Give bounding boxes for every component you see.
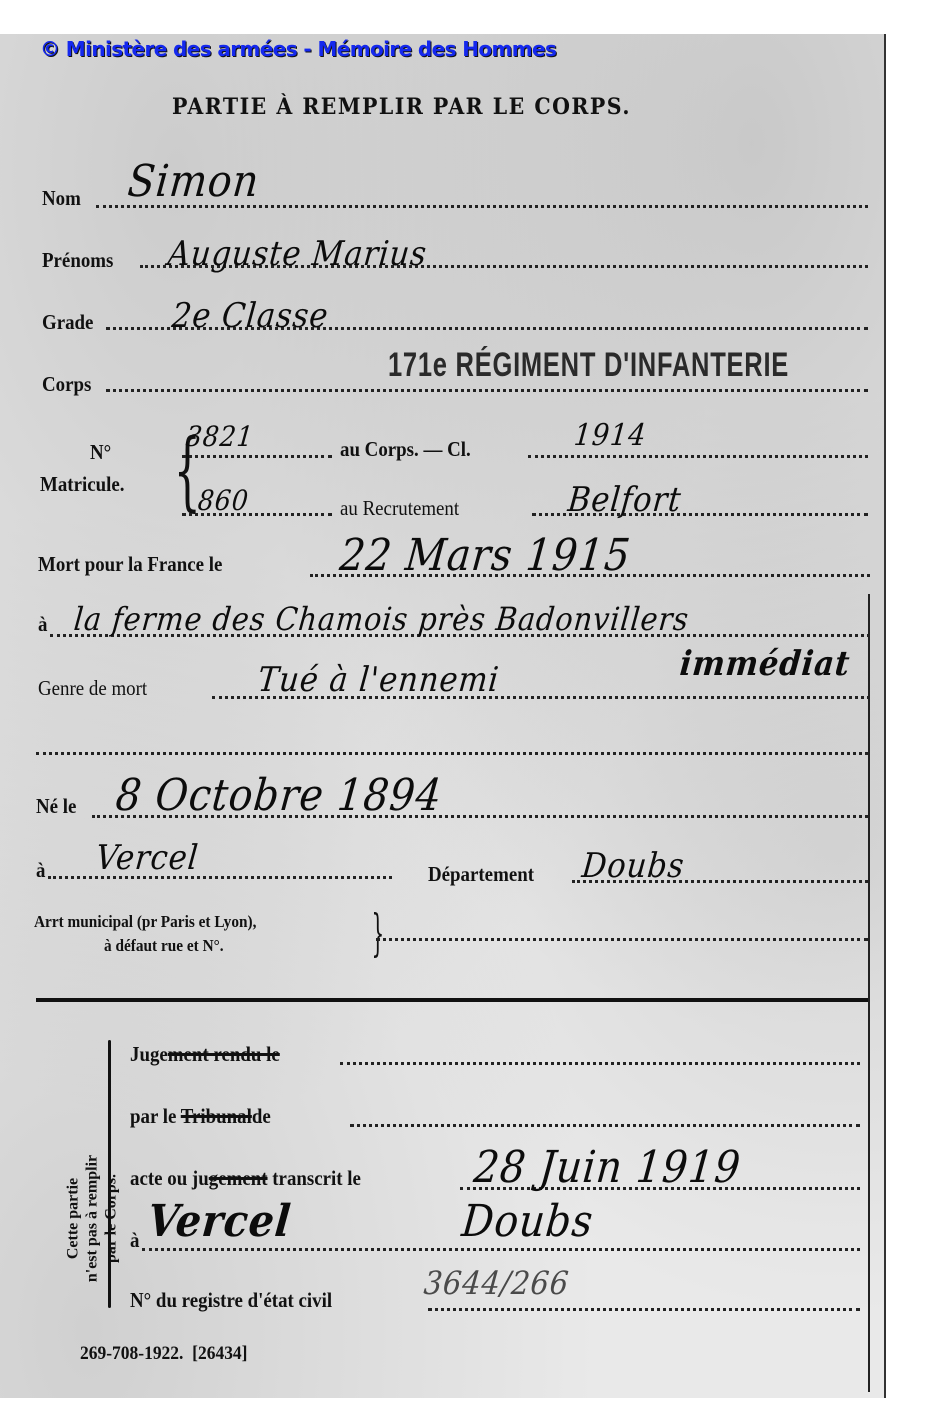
tribunal-label-kept: par le [130, 1104, 176, 1128]
label-departement: Département [428, 862, 534, 887]
side-note-line-1: Cette partie [64, 1099, 83, 1339]
line-corps [106, 389, 868, 392]
side-note: Cette partie n'est pas à remplir par le … [64, 1099, 121, 1339]
label-matricule: Matricule. [40, 472, 124, 497]
label-nom: Nom [42, 186, 81, 211]
section-divider [36, 998, 868, 1002]
value-classe: 1914 [572, 418, 648, 453]
value-nom: Simon [126, 156, 262, 207]
value-naissance-date: 8 Octobre 1894 [114, 770, 445, 821]
label-genre-mort: Genre de mort [38, 676, 147, 701]
transcrit-label-struck: gement [209, 1166, 268, 1190]
value-registre: 3644/266 [422, 1264, 571, 1302]
line-tribunal [350, 1124, 860, 1127]
label-no: N° [90, 440, 111, 465]
jugement-label-kept: Juge [130, 1042, 168, 1066]
value-genre-mort: Tué à l'ennemi [256, 660, 501, 700]
tribunal-label-end: de [252, 1104, 271, 1128]
value-transcrit: 28 Juin 1919 [472, 1142, 744, 1193]
label-corps: Corps [42, 372, 91, 397]
label-grade: Grade [42, 310, 93, 335]
value-mort-date: 22 Mars 1915 [338, 530, 633, 581]
print-ref: 269-708-1922. [80, 1343, 183, 1364]
label-mort-lieu: à [38, 612, 47, 637]
label-tribunal: par le Tribunalde [130, 1104, 271, 1129]
label-transcrit: acte ou jugement transcrit le [130, 1166, 361, 1191]
line-genre-mort-extra [36, 752, 868, 755]
side-note-line-3: par le Corps. [102, 1099, 121, 1339]
page-title: PARTIE À REMPLIR PAR LE CORPS. [172, 94, 631, 120]
value-matricule-recrutement: 860 [196, 484, 250, 517]
label-jugement: Jugement rendu le [130, 1042, 280, 1067]
label-au-recrutement: au Recrutement [340, 496, 459, 521]
line-civil-lieu [142, 1248, 860, 1251]
label-mort-date: Mort pour la France le [38, 552, 222, 577]
label-naissance-lieu: à [36, 858, 45, 883]
label-naissance-date: Né le [36, 794, 76, 819]
transcrit-label-end: transcrit le [272, 1166, 361, 1190]
line-arrondissement [376, 938, 868, 941]
label-arrondissement-1: Arrt municipal (pr Paris et Lyon), [34, 912, 256, 932]
value-matricule-corps: 3821 [184, 420, 255, 453]
value-prenoms: Auguste Marius [166, 234, 429, 274]
transcrit-label-start: acte ou ju [130, 1166, 209, 1190]
value-departement: Doubs [580, 846, 686, 886]
value-grade: 2e Classe [170, 296, 330, 336]
value-mort-lieu: la ferme des Chamois près Badonvillers [72, 600, 691, 638]
label-prenoms: Prénoms [42, 248, 113, 273]
label-registre: N° du registre d'état civil [130, 1288, 332, 1313]
value-naissance-lieu: Vercel [94, 838, 200, 878]
label-au-corps: au Corps. — Cl. [340, 437, 471, 462]
line-jugement [340, 1062, 860, 1065]
label-arrondissement-2: à défaut rue et N°. [104, 936, 224, 956]
value-recrutement-lieu: Belfort [566, 480, 683, 520]
print-code: [26434] [192, 1343, 247, 1364]
line-registre [428, 1308, 860, 1311]
value-civil-departement: Doubs [460, 1196, 596, 1247]
annotation-genre-mort: immédiat [678, 644, 852, 684]
jugement-label-struck: ment rendu le [168, 1042, 280, 1066]
label-civil-lieu: à [130, 1228, 139, 1253]
civil-section-brace [108, 1040, 111, 1308]
death-record-card [0, 34, 886, 1398]
regiment-stamp: 171e RÉGIMENT D'INFANTERIE [388, 346, 789, 385]
print-reference: 269-708-1922. [26434] [80, 1343, 247, 1365]
arrondissement-brace: } [372, 908, 385, 958]
line-matricule-corps [182, 455, 332, 458]
tribunal-label-struck: Tribunal [181, 1104, 252, 1128]
side-note-line-2: n'est pas à remplir [83, 1099, 102, 1339]
line-classe [528, 455, 868, 458]
value-civil-lieu: Vercel [146, 1196, 294, 1247]
copyright-watermark: © Ministère des armées - Mémoire des Hom… [40, 37, 556, 61]
